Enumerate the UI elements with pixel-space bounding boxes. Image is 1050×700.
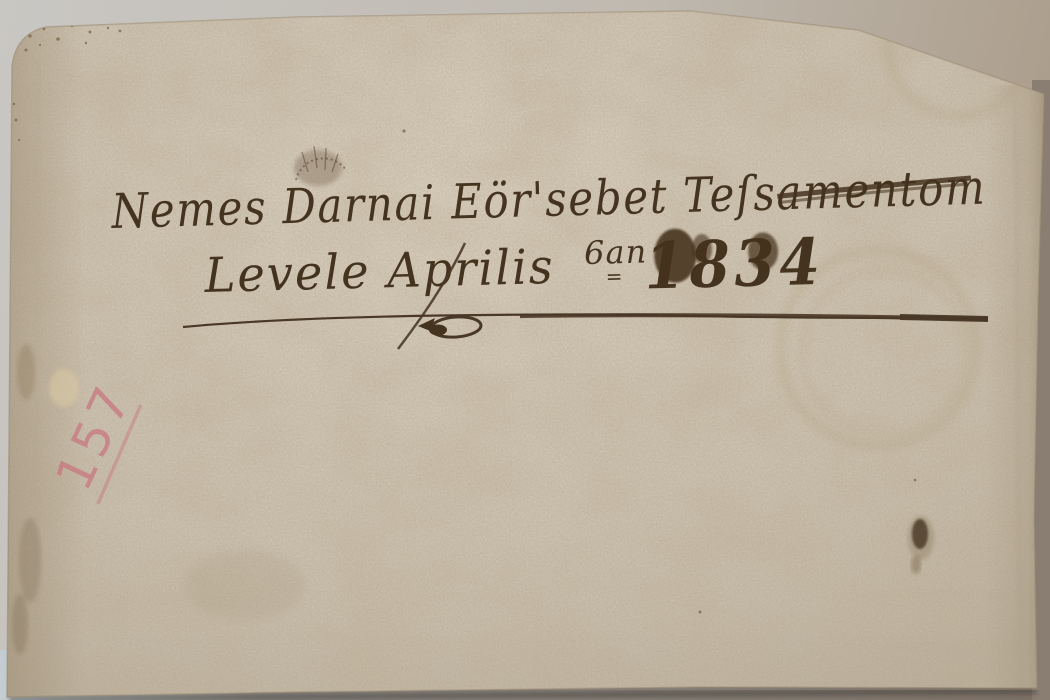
left-edge-stain-2 (19, 518, 41, 602)
document-photo-canvas: Nemes Darnai Eör'sebet Teſsamentom Level… (0, 0, 1050, 700)
inscription-day-mark: = (605, 264, 622, 288)
flourish-ink-blob (429, 325, 447, 336)
lower-left-smudge (185, 550, 305, 620)
left-edge-stain-3 (12, 594, 28, 654)
photograph-of-letter-cover: Nemes Darnai Eör'sebet Teſsamentom Level… (0, 0, 1050, 700)
left-edge-stain (17, 344, 35, 400)
inscription-line2-words: Levele Aprilis (203, 239, 555, 304)
pale-spot (49, 369, 79, 407)
